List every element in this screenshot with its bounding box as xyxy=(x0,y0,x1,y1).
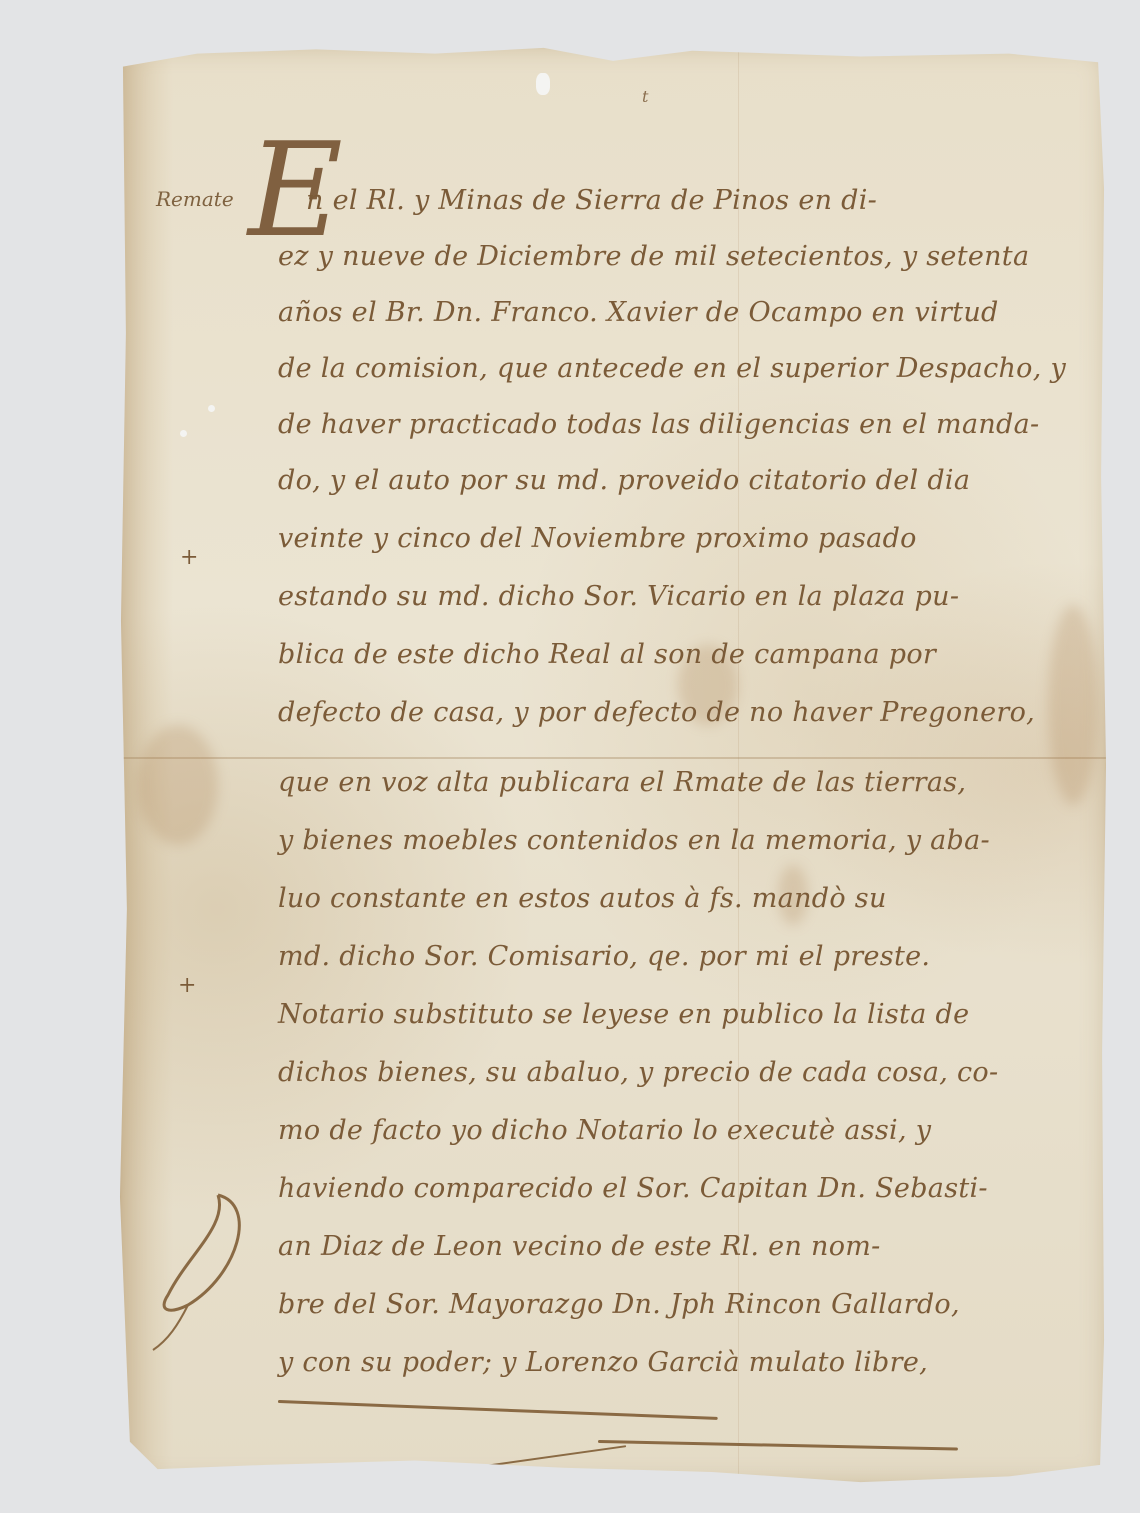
margin-cross-mark: + xyxy=(180,545,198,570)
text-line: Notario substituto se leyese en publico … xyxy=(278,999,969,1030)
text-line: y con su poder; y Lorenzo Garcià mulato … xyxy=(278,1347,928,1378)
rubric-flourish-line xyxy=(428,1445,626,1475)
horizontal-fold xyxy=(118,757,1108,759)
text-line: bre del Sor. Mayorazgo Dn. Jph Rincon Ga… xyxy=(278,1289,960,1320)
text-line: luo constante en estos autos à fs. mandò… xyxy=(278,883,887,914)
text-line: y bienes moebles contenidos en la memori… xyxy=(278,825,990,856)
text-line: blica de este dicho Real al son de campa… xyxy=(278,639,936,670)
scan-canvas: t Remate E + + n el Rl. y Minas de Sierr… xyxy=(0,0,1140,1513)
text-line: haviendo comparecido el Sor. Capitan Dn.… xyxy=(278,1173,988,1204)
text-line: estando su md. dicho Sor. Vicario en la … xyxy=(278,581,959,612)
text-line: que en voz alta publicara el Rmate de la… xyxy=(278,767,966,798)
text-line: ez y nueve de Diciembre de mil setecient… xyxy=(278,241,1029,272)
text-line: defecto de casa, y por defecto de no hav… xyxy=(278,697,1035,728)
manuscript-page: t Remate E + + n el Rl. y Minas de Sierr… xyxy=(118,45,1108,1485)
text-line: dichos bienes, su abaluo, y precio de ca… xyxy=(278,1057,998,1088)
top-fragment-mark: t xyxy=(642,87,648,106)
text-line: de haver practicado todas las diligencia… xyxy=(278,409,1039,440)
text-line: n el Rl. y Minas de Sierra de Pinos en d… xyxy=(306,185,877,216)
margin-flourish-icon xyxy=(148,1185,268,1355)
margin-cross-mark: + xyxy=(178,973,196,998)
margin-note-remate: Remate xyxy=(156,187,234,211)
text-line: años el Br. Dn. Franco. Xavier de Ocampo… xyxy=(278,297,999,328)
paper-hole xyxy=(180,430,187,437)
paper-hole xyxy=(208,405,215,412)
water-stain xyxy=(1048,605,1098,805)
water-stain xyxy=(138,725,218,845)
text-line: an Diaz de Leon vecino de este Rl. en no… xyxy=(278,1231,881,1262)
rubric-flourish-line xyxy=(598,1440,958,1451)
text-line: de la comision, que antecede en el super… xyxy=(278,353,1066,384)
text-line: mo de facto yo dicho Notario lo executè … xyxy=(278,1115,931,1146)
rubric-flourish-line xyxy=(278,1400,718,1420)
text-line: veinte y cinco del Noviembre proximo pas… xyxy=(278,523,917,554)
paper-tear xyxy=(536,73,550,95)
text-line: do, y el auto por su md. proveido citato… xyxy=(278,465,970,496)
text-line: md. dicho Sor. Comisario, qe. por mi el … xyxy=(278,941,930,972)
